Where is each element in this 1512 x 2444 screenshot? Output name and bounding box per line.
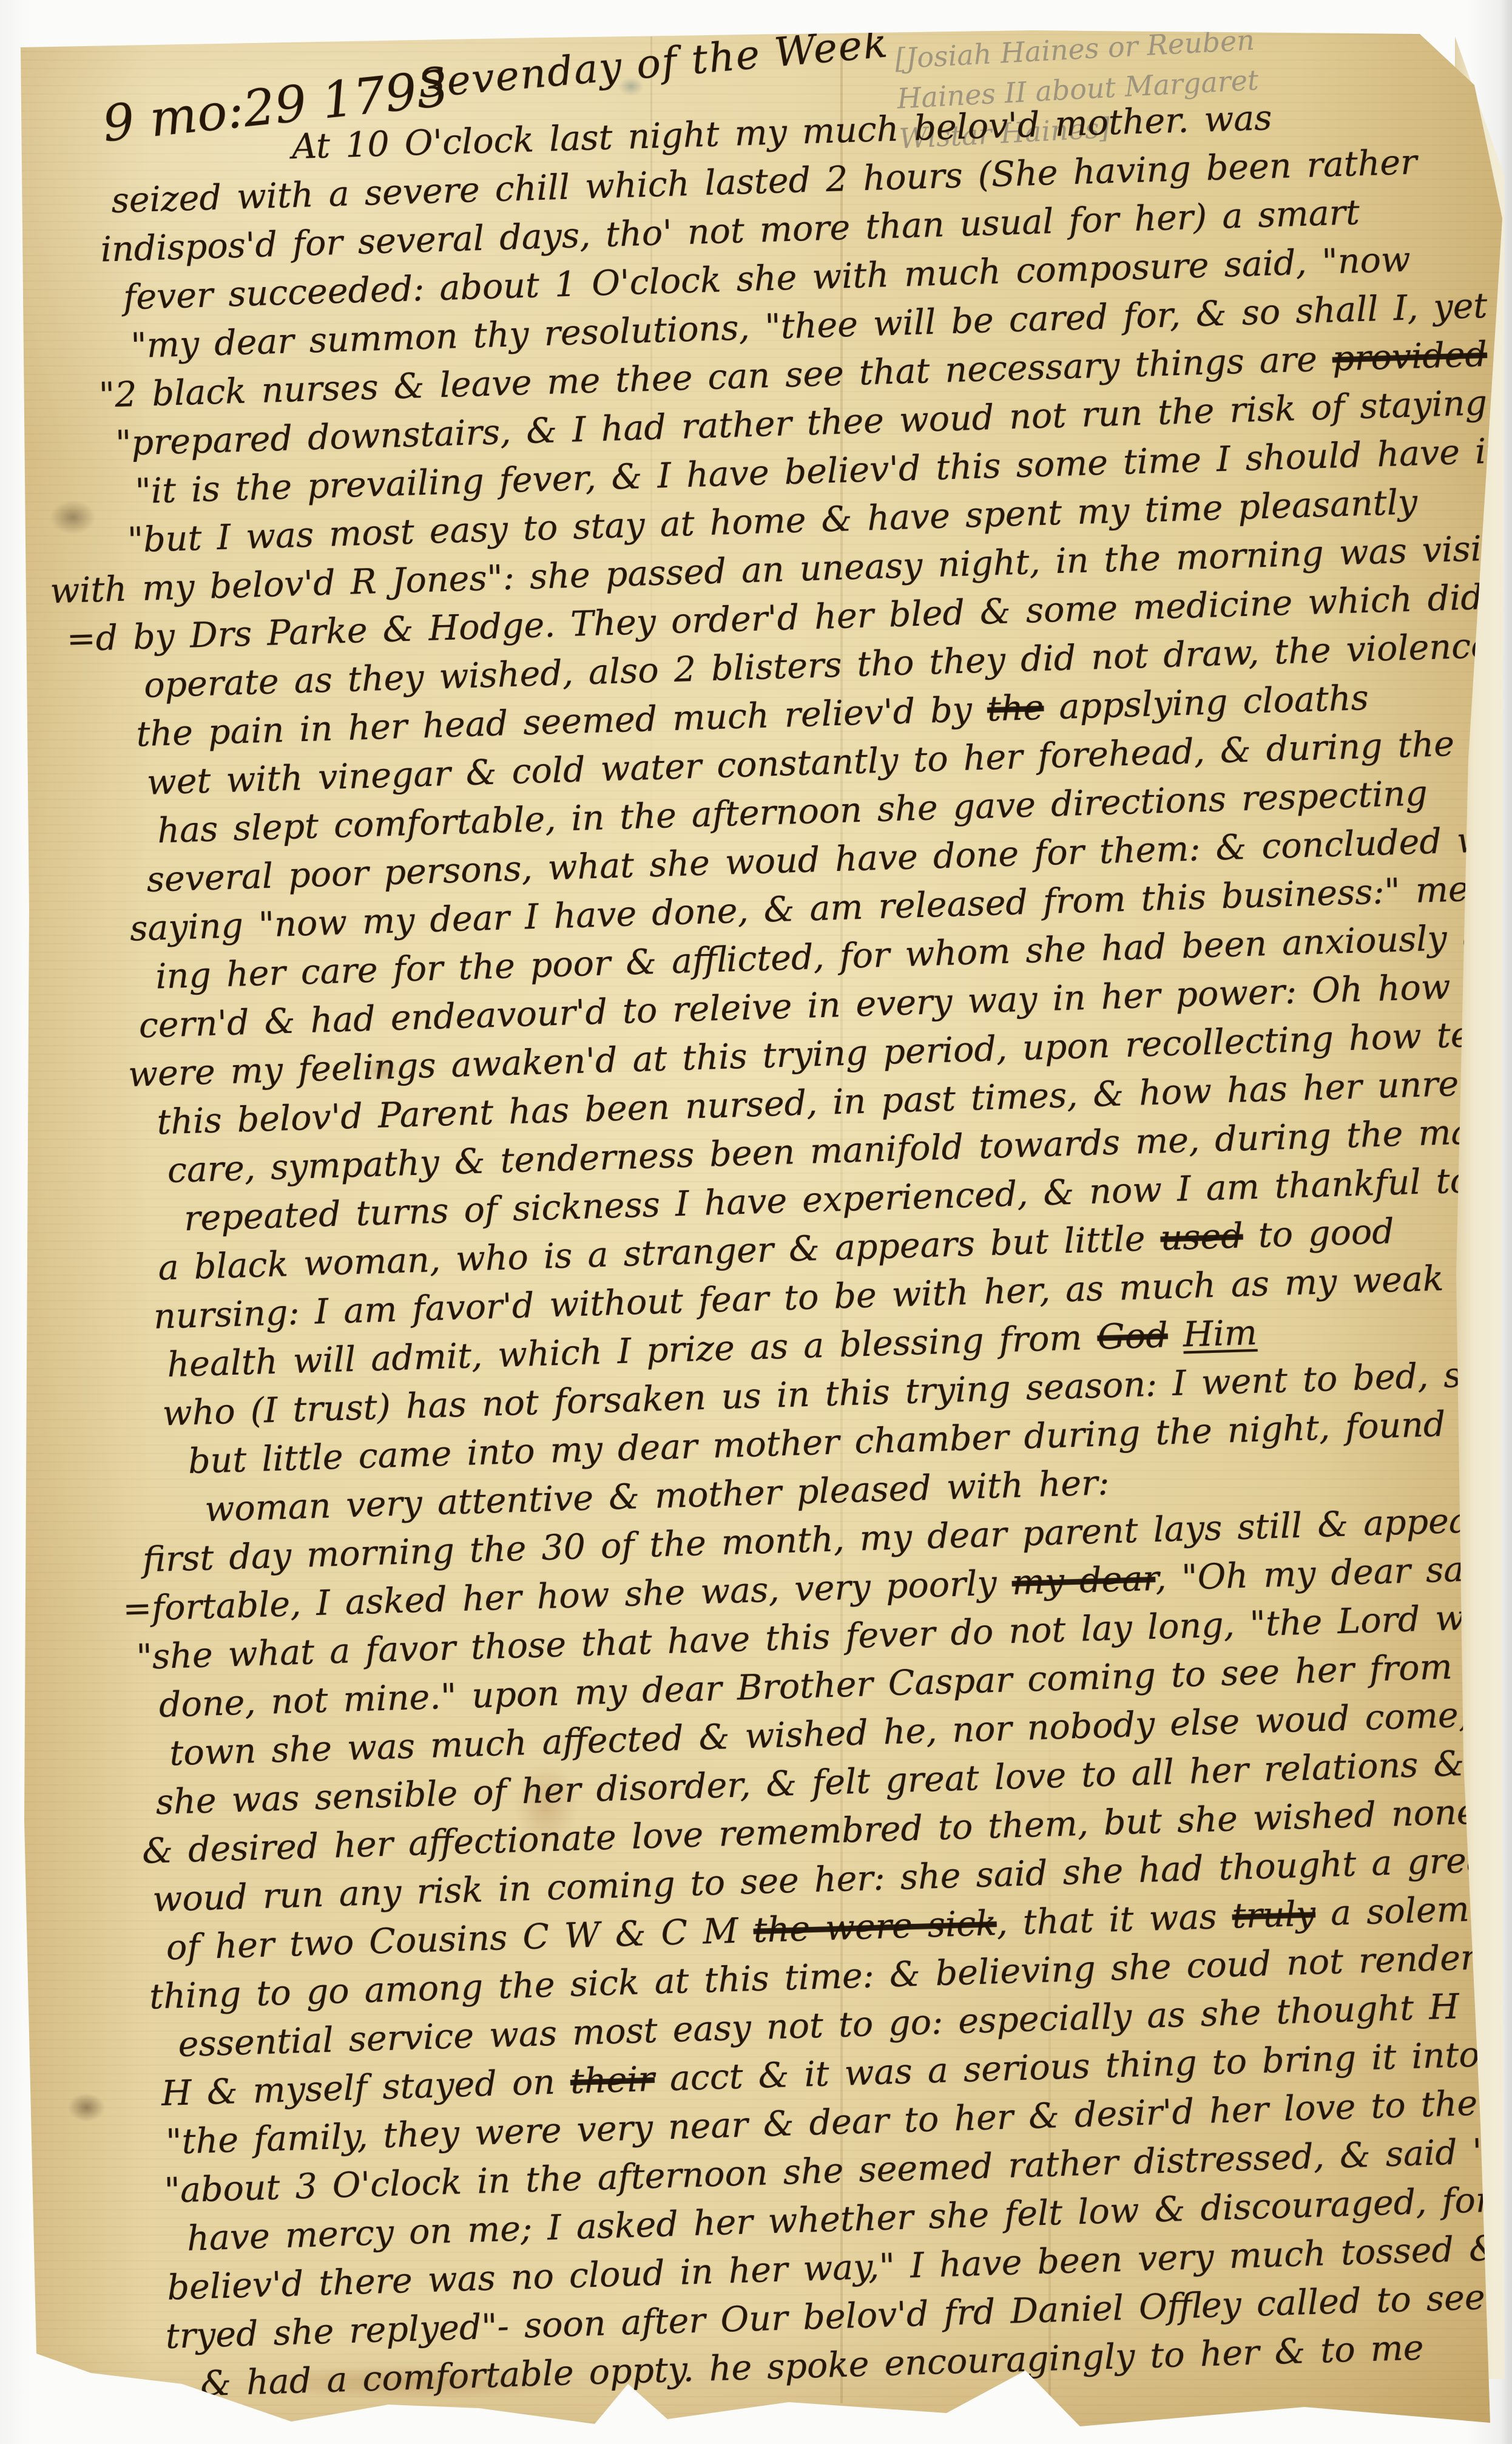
manuscript-line: At 10 O'clock last night my much belov'd… [291, 84, 1512, 171]
archivist-pencil-annotation: [Josiah Haines or ReubenHaines II about … [894, 20, 1261, 159]
manuscript-line: believ'd there was no cloud in her way,"… [166, 2220, 1512, 2312]
manuscript-line: have mercy on me; I asked her whether sh… [186, 2172, 1512, 2263]
manuscript-line: & desired her affectionate love remembre… [141, 1783, 1512, 1876]
pencil-annotation-line: Wistar Haines] [898, 100, 1261, 158]
manuscript-line: nursing: I am favor'd without fear to be… [153, 1249, 1512, 1341]
manuscript-line: "she what a favor those that have this f… [136, 1589, 1512, 1682]
manuscript-line: but little came into my dear mother cham… [187, 1395, 1512, 1486]
manuscript-line: done, not mine." upon my dear Brother Ca… [158, 1637, 1512, 1730]
manuscript-line: "my dear summon thy resolutions, "thee w… [130, 279, 1512, 370]
paper-stain [613, 73, 649, 100]
manuscript-line: thing to go among the sick at this time:… [149, 1929, 1512, 2022]
manuscript-line: "2 black nurses & leave me thee can see … [98, 327, 1512, 420]
manuscript-line: with my belov'd R Jones": she passed an … [49, 521, 1512, 615]
entry-date: 9 mo:29 1793 [100, 59, 451, 153]
manuscript-line: who (I trust) has not forsaken us in thi… [162, 1346, 1512, 1438]
manuscript-scan: 9 mo:29 1793 Sevenday of the Week [Josia… [0, 0, 1512, 2444]
manuscript-line: operate as they wished, also 2 blisters … [143, 618, 1512, 710]
day-of-week-heading: Sevenday of the Week [416, 19, 891, 107]
manuscript-line: this belov'd Parent has been nursed, in … [156, 1055, 1512, 1146]
paper-stain [61, 2088, 112, 2127]
manuscript-line: a black woman, who is a stranger & appea… [158, 1200, 1512, 1292]
manuscript-line: fever succeeded: about 1 O'clock she wit… [123, 230, 1512, 322]
manuscript-line: "about 3 O'clock in the afternoon she se… [164, 2123, 1512, 2215]
manuscript-line: essential service was most easy not to g… [178, 1977, 1512, 2069]
manuscript-line: tryed she replyed"- soon after Our belov… [165, 2269, 1512, 2361]
letter-body: At 10 O'clock last night my much belov'd… [91, 84, 1512, 2409]
paper-stain [42, 495, 103, 540]
manuscript-line: repeated turns of sickness I have experi… [183, 1152, 1512, 1243]
manuscript-line: the pain in her head seemed much reliev'… [135, 667, 1512, 759]
manuscript-line: "it is the prevailing fever, & I have be… [135, 424, 1512, 516]
manuscript-line: first day morning the 30 of the month, m… [142, 1492, 1512, 1584]
fold-crease [1048, 1639, 1051, 2422]
manuscript-line: of her two Cousins C W & C M the were si… [166, 1880, 1512, 1972]
manuscript-line: woman very attentive & mother pleased wi… [204, 1443, 1512, 1534]
paper-stain [200, 2361, 625, 2403]
manuscript-line: cern'd & had endeavour'd to releive in e… [138, 958, 1512, 1051]
paper-stain [504, 1748, 589, 1863]
manuscript-line: & had a comfortable oppty. he spoke enco… [200, 2317, 1512, 2409]
manuscript-line: were my feelings awaken'd at this trying… [127, 1007, 1512, 1099]
manuscript-line: several poor persons, what she woud have… [146, 813, 1512, 904]
manuscript-line: she was sensible of her disorder, & felt… [155, 1735, 1512, 1827]
manuscript-line: wet with vinegar & cold water constantly… [146, 716, 1512, 807]
manuscript-line: "but I was most easy to stay at home & h… [127, 473, 1512, 565]
manuscript-line: "prepared downstairs, & I had rather the… [115, 376, 1512, 468]
manuscript-line: health will admit, which I prize as a bl… [166, 1298, 1512, 1389]
manuscript-line: seized with a severe chill which lasted … [110, 133, 1512, 225]
manuscript-paper: 9 mo:29 1793 Sevenday of the Week [Josia… [0, 0, 1512, 2444]
manuscript-line: H & myself stayed on their acct & it was… [161, 2026, 1512, 2118]
manuscript-line: care, sympathy & tenderness been manifol… [167, 1103, 1512, 1195]
fold-crease [840, 42, 843, 2403]
manuscript-line: indispos'd for several days, tho' not mo… [100, 181, 1512, 274]
fold-crease [650, 36, 652, 886]
manuscript-line: "the family, they were very near & dear … [165, 2074, 1512, 2167]
manuscript-line: =d by Drs Parke & Hodge. They order'd he… [66, 570, 1512, 664]
pencil-annotation-line: [Josiah Haines or Reuben [894, 20, 1257, 79]
manuscript-line: =fortable, I asked her how she was, very… [122, 1540, 1512, 1633]
manuscript-line: town she was much affected & wished he, … [169, 1686, 1512, 1778]
manuscript-line: woud run any risk in coming to see her: … [152, 1832, 1512, 1924]
paper-stain [361, 1053, 403, 1086]
pencil-annotation-line: Haines II about Margaret [896, 59, 1260, 118]
manuscript-line: has slept comfortable, in the afternoon … [157, 764, 1512, 856]
manuscript-line: saying "now my dear I have done, & am re… [129, 861, 1512, 953]
manuscript-line: ing her care for the poor & afflicted, f… [155, 910, 1512, 1001]
